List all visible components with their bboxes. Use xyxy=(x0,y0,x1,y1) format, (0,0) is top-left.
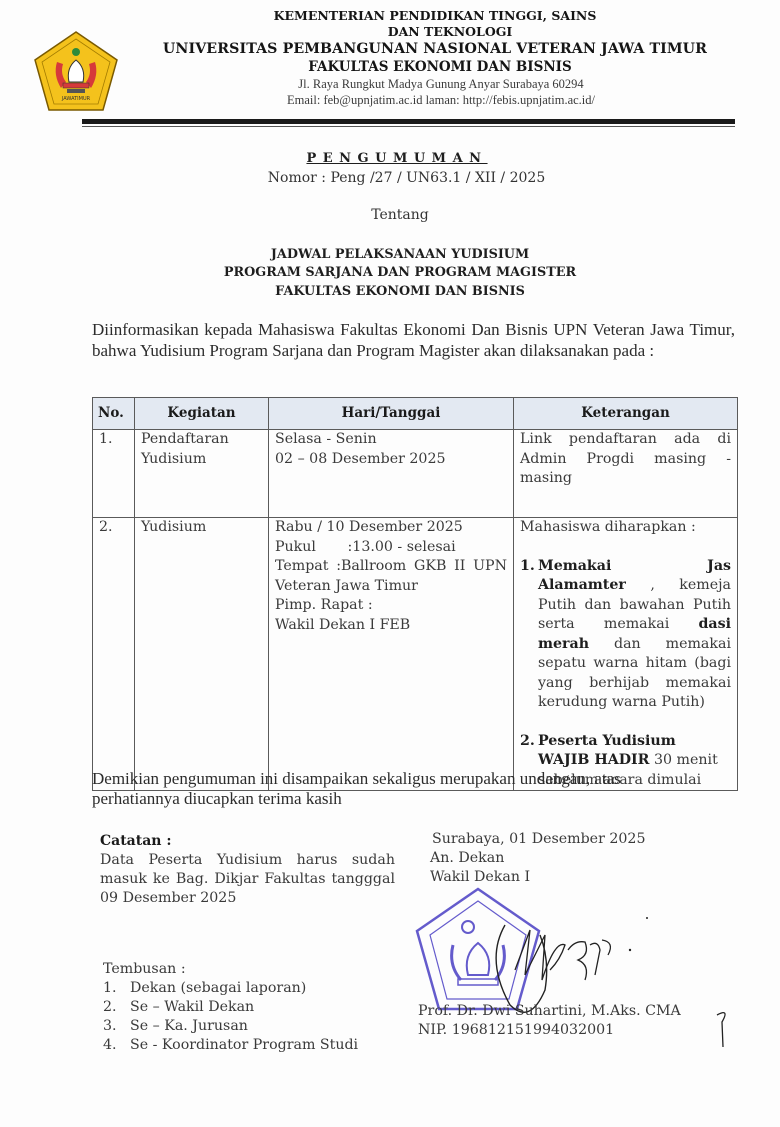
row-note: Mahasiswa diharapkan : 1. Memakai Jas Al… xyxy=(514,518,738,791)
letterhead-divider xyxy=(82,119,735,124)
closing-paragraph: Demikian pengumuman ini disampaikan seka… xyxy=(92,769,712,809)
list-text: Se – Ka. Jurusan xyxy=(130,1017,248,1036)
university-name: UNIVERSITAS PEMBANGUNAN NASIONAL VETERAN… xyxy=(130,40,740,58)
list-item: 2.Se – Wakil Dekan xyxy=(103,998,403,1017)
copies-heading: Tembusan : xyxy=(103,960,403,979)
about-label: Tentang xyxy=(0,207,780,223)
place-date: Surabaya, 01 Desember 2025 xyxy=(430,830,730,849)
list-number: 3. xyxy=(103,1017,130,1036)
intro-paragraph: Diinformasikan kepada Mahasiswa Fakultas… xyxy=(92,320,735,361)
list-item: 4.Se - Koordinator Program Studi xyxy=(103,1036,403,1055)
note-item-number: 1. xyxy=(520,557,538,713)
schedule-table: No. Kegiatan Hari/Tanggai Keterangan 1. … xyxy=(92,397,738,791)
contact-line: Email: feb@upnjatim.ac.id laman: http://… xyxy=(130,92,740,108)
table-header-row: No. Kegiatan Hari/Tanggai Keterangan xyxy=(93,398,738,430)
letterhead: KEMENTERIAN PENDIDIKAN TINGGI, SAINS DAN… xyxy=(130,8,740,108)
row-activity: Pendaftaran Yudisium xyxy=(135,430,269,518)
list-text: Se - Koordinator Program Studi xyxy=(130,1036,358,1055)
col-header-activity: Kegiatan xyxy=(135,398,269,430)
col-header-date: Hari/Tanggai xyxy=(269,398,514,430)
copies-block: Tembusan : 1.Dekan (sebagai laporan) 2.S… xyxy=(103,960,403,1055)
subject-line-1: JADWAL PELAKSANAAN YUDISIUM xyxy=(0,247,780,262)
on-behalf-of: An. Dekan xyxy=(430,849,730,868)
row-date: Selasa - Senin 02 – 08 Desember 2025 xyxy=(269,430,514,518)
list-number: 4. xyxy=(103,1036,130,1055)
note-list: 1. Memakai Jas Alamamter , kemeja Putih … xyxy=(520,557,731,791)
list-text: Dekan (sebagai laporan) xyxy=(130,979,306,998)
svg-text:JAWATIMUR: JAWATIMUR xyxy=(61,96,91,102)
row-note: Link pendaftaran ada di Admin Progdi mas… xyxy=(514,430,738,518)
announcement-heading: PENGUMUMAN xyxy=(0,151,780,166)
list-text: Se – Wakil Dekan xyxy=(130,998,254,1017)
venue-line: Tempat :Ballroom GKB II UPN Veteran Jawa… xyxy=(275,557,507,596)
university-emblem-icon: JAWATIMUR xyxy=(33,30,119,112)
note-text: Data Peserta Yudisium harus sudah masuk … xyxy=(100,851,395,908)
address: Jl. Raya Rungkut Madya Gunung Anyar Sura… xyxy=(130,76,740,92)
signer-nip: NIP. 196812151994032001 xyxy=(418,1021,614,1040)
list-number: 2. xyxy=(103,998,130,1017)
date-line: Rabu / 10 Desember 2025 xyxy=(275,518,507,538)
table-row: 1. Pendaftaran Yudisium Selasa - Senin 0… xyxy=(93,430,738,518)
announcement-number: Nomor : Peng /27 / UN63.1 / XII / 2025 xyxy=(0,170,780,186)
col-header-note: Keterangan xyxy=(514,398,738,430)
ministry-name-cont: DAN TEKNOLOGI xyxy=(130,24,740,40)
chair-label: Pimp. Rapat : xyxy=(275,596,507,616)
note-intro: Mahasiswa diharapkan : xyxy=(520,518,731,538)
copies-list: 1.Dekan (sebagai laporan) 2.Se – Wakil D… xyxy=(103,979,403,1055)
note-block: Catatan : Data Peserta Yudisium harus su… xyxy=(100,832,395,908)
note-item: 1. Memakai Jas Alamamter , kemeja Putih … xyxy=(520,557,731,713)
signer-name: Prof. Dr. Dwi Suhartini, M.Aks. CMA xyxy=(418,1002,681,1021)
note-heading: Catatan : xyxy=(100,832,395,851)
time-line: Pukul :13.00 - selesai xyxy=(275,538,507,558)
faculty-name: FAKULTAS EKONOMI DAN BISNIS xyxy=(130,58,740,76)
subject-line-3: FAKULTAS EKONOMI DAN BISNIS xyxy=(0,284,780,299)
list-number: 1. xyxy=(103,979,130,998)
letterhead-divider-thin xyxy=(82,126,735,127)
note-item-text: Memakai Jas Alamamter , kemeja Putih dan… xyxy=(538,557,731,713)
row-activity: Yudisium xyxy=(135,518,269,791)
signer-position: Wakil Dekan I xyxy=(430,868,730,887)
ministry-name: KEMENTERIAN PENDIDIKAN TINGGI, SAINS xyxy=(130,8,740,24)
col-header-no: No. xyxy=(93,398,135,430)
signature-block: Surabaya, 01 Desember 2025 An. Dekan Wak… xyxy=(430,830,730,887)
list-item: 1.Dekan (sebagai laporan) xyxy=(103,979,403,998)
row-number: 2. xyxy=(93,518,135,791)
subject-line-2: PROGRAM SARJANA DAN PROGRAM MAGISTER xyxy=(0,265,780,280)
row-date: Rabu / 10 Desember 2025 Pukul :13.00 - s… xyxy=(269,518,514,791)
date-line: Selasa - Senin xyxy=(275,430,507,450)
row-number: 1. xyxy=(93,430,135,518)
table-row: 2. Yudisium Rabu / 10 Desember 2025 Puku… xyxy=(93,518,738,791)
chair-name: Wakil Dekan I FEB xyxy=(275,616,507,636)
date-line: 02 – 08 Desember 2025 xyxy=(275,450,507,470)
list-item: 3.Se – Ka. Jurusan xyxy=(103,1017,403,1036)
